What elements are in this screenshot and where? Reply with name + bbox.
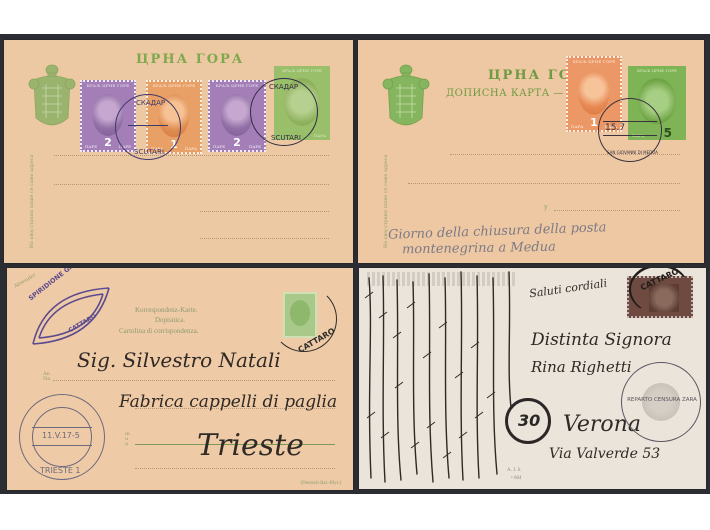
address-line-1: Sig. Silvestro Natali	[77, 348, 281, 372]
address-city: Trieste	[197, 428, 304, 463]
pencil-note-line2: montenegrina a Medua	[402, 240, 556, 258]
address-street: Via Valverde 53	[549, 446, 660, 462]
handwritten-message	[359, 268, 534, 489]
postcard-picture-back-verona: Saluti cordiali CATTARO Distinta Signora…	[359, 268, 706, 489]
address-line-2: Rina Righetti	[531, 358, 632, 376]
title-german: Korrespondenz-Karte.	[135, 306, 197, 314]
postmark-san-giovanni-di-medua: 15.7 SAN GIOVANNI DI MEDUA	[598, 98, 662, 162]
postcard-montenegro-medua: ЦРНА ГОР ДОПИСНА КАРТА — САР КРАЉ ЦРНЕ Г…	[358, 40, 704, 263]
card-header: ЦРНА ГОРА	[136, 52, 244, 67]
postcard-austria-cattaro: Absender SPIRIDIONE GIKOVIĆ CATTARO Korr…	[7, 268, 353, 490]
king-portrait-icon	[221, 94, 253, 136]
side-instruction-text: На овој страни пише се само адреса	[30, 148, 35, 248]
tax-postmark: 30	[505, 398, 551, 444]
postcard-montenegro-multifranked: ЦРНА ГОРА КРАЉ ЦРНЕ ГОРЕ ПАРЕ2ПАРЕ КРАЉ …	[4, 40, 353, 263]
publisher-mark: A. J. S.	[507, 468, 522, 473]
coat-of-arms-icon	[382, 62, 430, 132]
address-line-1: Distinta Signora	[531, 330, 672, 350]
title-croatian: Dopisnica.	[155, 316, 185, 324]
title-italian: Cartolina di corrispondenza.	[119, 327, 199, 335]
postmark-scutari: СКАДАР SCUTARI	[250, 78, 318, 146]
postmark-cattaro: CATTARO	[271, 286, 337, 352]
address-line-2: Fabrica cappelli di paglia	[119, 392, 337, 412]
postmark-trieste-arrival: 11.V.17-5 TRIESTE 1	[19, 394, 105, 480]
coat-of-arms-icon	[28, 62, 76, 132]
printer-imprint: (Deutsch-Ital.-Illyr.)	[300, 481, 341, 486]
pencil-note-line1: Giorno della chiusura della posta	[388, 220, 607, 243]
publisher-number: • 084	[511, 476, 522, 481]
postmark-scutari: СКАДАР SCUTARI	[115, 94, 181, 160]
dark-background: ЦРНА ГОРА КРАЉ ЦРНЕ ГОРЕ ПАРЕ2ПАРЕ КРАЉ …	[0, 34, 710, 494]
greeting: Saluti cordiali	[528, 277, 607, 301]
censor-postmark-zara: REPARTO CENSURA ZARA	[621, 362, 701, 442]
